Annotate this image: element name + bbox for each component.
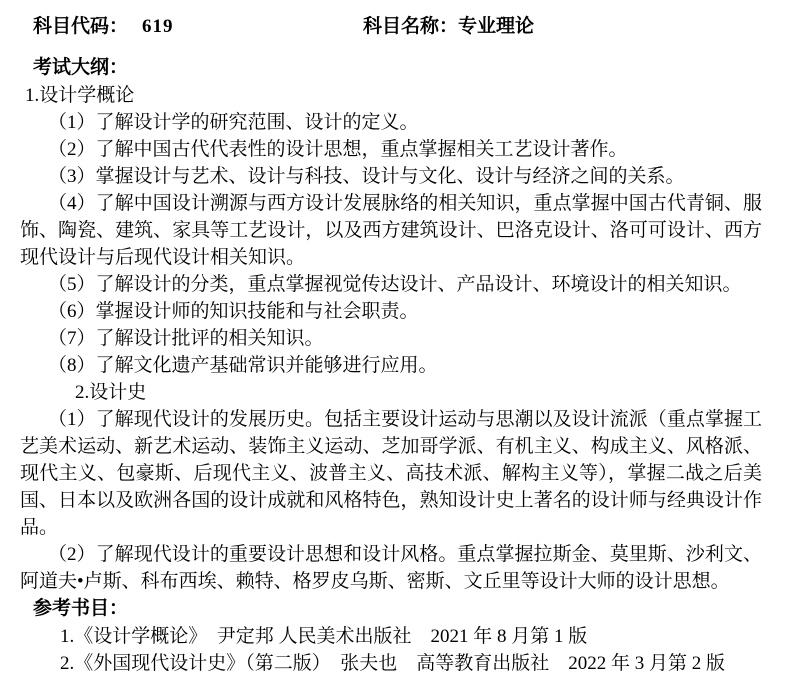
exam-syllabus-document: 科目代码：619 科目名称：专业理论 考试大纲： 1.设计学概论 （1）了解设计…	[0, 0, 788, 688]
subject-name-label: 科目名称：	[363, 16, 458, 37]
subject-name-value: 专业理论	[458, 16, 534, 37]
section-1-item-5: （5）了解设计的分类，重点掌握视觉传达设计、产品设计、环境设计的相关知识。	[20, 271, 762, 298]
section-2-item-1: （1）了解现代设计的发展历史。包括主要设计运动与思潮以及设计流派（重点掌握工艺美…	[20, 406, 762, 541]
references-heading: 参考书目：	[33, 595, 762, 623]
section-2-title: 2.设计史	[25, 379, 762, 406]
reference-item-1: 1.《设计学概论》 尹定邦 人民美术出版社 2021 年 8 月第 1 版	[20, 623, 762, 650]
section-1-item-3: （3）掌握设计与艺术、设计与科技、设计与文化、设计与经济之间的关系。	[20, 163, 762, 190]
section-1-item-6: （6）掌握设计师的知识技能和与社会职责。	[20, 298, 762, 325]
section-1-item-8: （8）了解文化遗产基础常识并能够进行应用。	[20, 352, 762, 379]
section-1-item-2: （2）了解中国古代代表性的设计思想，重点掌握相关工艺设计著作。	[20, 136, 762, 163]
subject-header: 科目代码：619 科目名称：专业理论	[33, 13, 762, 40]
subject-name: 科目名称：专业理论	[363, 13, 534, 40]
subject-code-label: 科目代码：	[33, 16, 128, 37]
section-1-item-7: （7）了解设计批评的相关知识。	[20, 325, 762, 352]
section-2-item-2: （2）了解现代设计的重要设计思想和设计风格。重点掌握拉斯金、莫里斯、沙利文、阿道…	[20, 541, 762, 595]
subject-code: 科目代码：619	[33, 13, 363, 40]
section-1-item-1: （1）了解设计学的研究范围、设计的定义。	[20, 109, 762, 136]
subject-code-value: 619	[142, 16, 174, 37]
section-1-item-4: （4）了解中国设计溯源与西方设计发展脉络的相关知识，重点掌握中国古代青铜、服饰、…	[20, 190, 762, 271]
reference-item-2: 2.《外国现代设计史》（第二版） 张夫也 高等教育出版社 2022 年 3 月第…	[20, 650, 762, 677]
section-1-title: 1.设计学概论	[25, 82, 762, 109]
exam-outline-heading: 考试大纲：	[33, 54, 762, 82]
